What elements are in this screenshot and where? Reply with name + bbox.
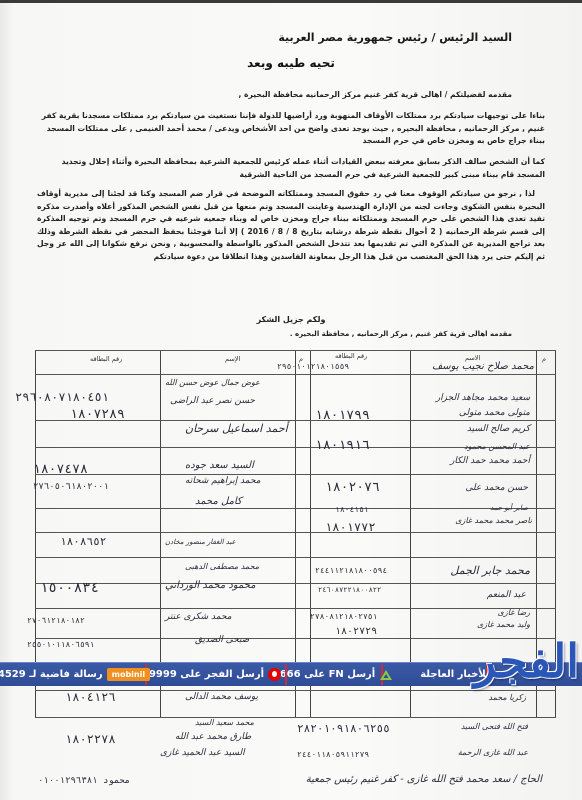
- vodafone-icon: [268, 668, 281, 681]
- left-row-id: ٢٥٥٠١٠١١٨٠٦٥٩١: [27, 640, 94, 649]
- left-row-name: محمود محمد الورداني: [165, 580, 256, 591]
- header-name-left: الإسم: [225, 355, 240, 363]
- right-row-name: صابر أبو حمد: [490, 504, 528, 512]
- right-row-name: أحمد محمد حمد الكار: [450, 456, 530, 466]
- right-row-id: ١٨٠١٧٩٩: [315, 408, 370, 423]
- left-row-id: ١٨٠٧٢٨٩: [70, 407, 125, 422]
- right-row-name: عبد المحسن محمود: [464, 442, 530, 451]
- closing: ولكم جزيل الشكر: [0, 315, 582, 324]
- right-row-name: فتح الله فتحى السيد: [461, 722, 528, 731]
- header-id-left: رقم البطاقه: [90, 355, 122, 363]
- right-row-id: ٢٨٢٠١٠٩١٨٠٦٢٥٥: [297, 722, 390, 735]
- paragraph-1: بناءا على توجيهات سيادتكم برد ممتلكات ال…: [37, 110, 545, 148]
- right-row-id: ٢٤٤٠١١٨٠٥٩١١٢٧٩: [297, 750, 369, 759]
- left-row-name: محمد إبراهيم شحاته: [185, 476, 261, 486]
- mobinil-sms-text: رسالة فاضية لـ 4529: [0, 669, 103, 680]
- intro-line: مقدمه لفضيلتكم / اهالى قرية كفر غنيم مرك…: [239, 89, 512, 102]
- right-row-id: ١٨٠١٩١٦: [315, 438, 370, 453]
- left-row-id: ١٥٠٠٨٣٤: [40, 580, 99, 596]
- right-row-id: ٢٧٨٠٨١٢١٨٠٢٧٥١: [310, 612, 377, 621]
- right-row-name: متولى محمد متولى: [459, 408, 530, 418]
- right-row-name: محمد جابر الجمل: [450, 564, 530, 577]
- left-row-name: محمد مصطفى الدهبى: [185, 562, 259, 571]
- header-index-right: م: [542, 355, 546, 363]
- left-row-id: ١٨٠٨٦٥٢: [60, 535, 106, 548]
- left-row-name: كامل محمد: [195, 496, 242, 507]
- right-row-name: محمد صلاح نجيب يوسف: [432, 361, 534, 372]
- left-row-name: السيد عبد الحميد غازى: [160, 748, 245, 758]
- signatures-table: م الاسم رقم البطاقه م الإسم رقم البطاقه …: [35, 350, 556, 770]
- left-row-name: طارق محمد عبد الله: [175, 732, 251, 742]
- paragraph-2: كما أن الشخص سالف الذكر بسابق معرفته ببع…: [37, 156, 545, 181]
- left-row-name: محمد شكرى عنتر: [165, 612, 232, 622]
- greeting: تحيه طيبه وبعد: [0, 56, 582, 70]
- left-row-name: عبد الغفار منصور مخادن: [165, 538, 236, 546]
- vodafone-sms-text: أرسل الفجر على 9999: [149, 669, 264, 680]
- vodafone-segment: أرسل الفجر على 9999: [148, 663, 282, 686]
- left-row-name: محمد سعيد السيد: [195, 718, 254, 727]
- right-row-name: ناصر محمد محمد غازى: [455, 516, 532, 525]
- left-row-name: أحمد اسماعيل سرحان: [185, 422, 288, 435]
- right-row-name: كريم صالح السيد: [467, 424, 530, 434]
- al-fajr-logo: الفجر: [513, 620, 579, 702]
- mobinil-logo: mobinil: [107, 668, 150, 681]
- top-border: [0, 0, 582, 3]
- left-row-id: ١٨٠٢٢٧٨: [65, 732, 116, 746]
- right-row-name: عبد الله غازى الرحمة: [458, 748, 528, 757]
- right-row-id: ١٨٠٢٠٧٦: [325, 480, 380, 495]
- left-row-name: يوسف محمد الدالى: [185, 692, 258, 702]
- etisalat-segment: أرسل FN على 1666: [288, 663, 378, 686]
- left-row-id: ٢٧٠٦١٢١٨٠١٨٢: [27, 616, 85, 625]
- left-row-name: السيد سعد جوده: [185, 460, 254, 471]
- right-row-id: ٢٩٥٠١٠١٢١٨٠١٥٥٩: [277, 362, 349, 371]
- left-row-id: ٢٩٦٠٨٠٧١٨٠٤٥١: [15, 390, 109, 404]
- etisalat-sms-text: أرسل FN على 1666: [273, 669, 375, 680]
- addressee: السيد الرئيس / رئيس جمهورية مصر العربية: [278, 31, 512, 44]
- right-row-id: ٢٤٤١١٢١٨١٨٠٠٥٩٤: [315, 566, 387, 575]
- right-row-id: ١٨٠٤١٥١: [335, 505, 369, 514]
- right-row-id: ١٨٠٢٧٢٩: [335, 626, 377, 637]
- left-row-id: ١٨٠٤١٢٦: [65, 690, 116, 704]
- right-row-id: ١٨٠١٧٧٢: [325, 520, 376, 534]
- left-row-name: عوض جمال عوض حسن الله: [165, 378, 260, 387]
- scanned-letter: السيد الرئيس / رئيس جمهورية مصر العربية …: [0, 0, 582, 800]
- right-row-name: عبد المنعم: [487, 590, 526, 600]
- right-row-id: ٢٤٦٠٨٧٢٢١٨٠٠٨٢٢: [318, 586, 381, 594]
- footer-phone: محمود ٠١٠٠١٢٩٦٣٨١: [38, 776, 130, 786]
- left-row-id: ٢٧٦٠٥٠٦١٨٠٢٠٠١: [33, 482, 109, 492]
- left-row-name: صبحى الصديق: [195, 635, 249, 645]
- signatories-intro: مقدمه اهالى قرية كفر غنيم , مركز الرحمان…: [290, 330, 512, 338]
- paragraph-3: لذا , نرجو من سيادتكم الوقوف معنا في رد …: [37, 188, 545, 264]
- right-row-name: سعيد محمد مجاهد الجزار: [436, 393, 530, 403]
- separator: [285, 664, 287, 685]
- right-row-name: رضا غازى: [498, 608, 530, 617]
- mobinil-segment: mobinil رسالة فاضية لـ 4529: [4, 663, 144, 686]
- header-id-right: رقم البطاقه: [335, 352, 367, 360]
- right-row-name: حسن محمد على: [465, 483, 528, 493]
- etisalat-icon: [379, 669, 393, 681]
- footer-note: الحاج / سعد محمد فتح الله غازى - كفر غني…: [306, 774, 542, 785]
- left-row-name: حسن نصر عبد الراضى: [170, 396, 255, 406]
- left-row-id: ١٨٠٧٤٧٨: [33, 462, 88, 477]
